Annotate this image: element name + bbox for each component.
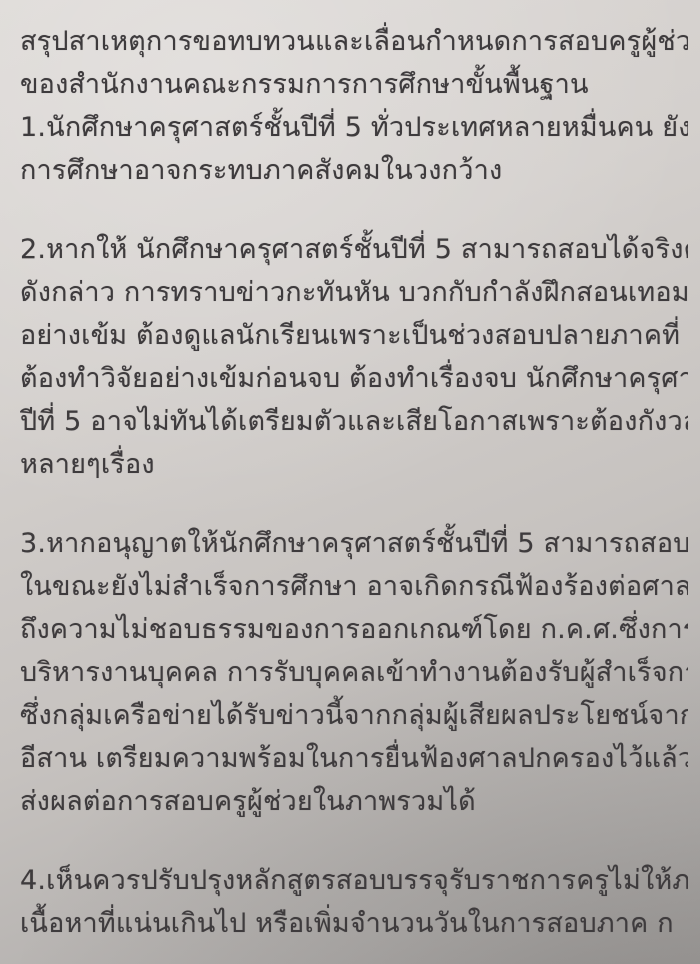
item-4-line-1: 4.เห็นควรปรับปรุงหลักสูตรสอบบรรจุรับราชก… bbox=[20, 859, 688, 902]
item-2-line-5: ปีที่ 5 อาจไม่ทันได้เตรียมตัวและเสียโอกา… bbox=[20, 400, 688, 443]
item-1-line-2: การศึกษาอาจกระทบภาคสังคมในวงกว้าง bbox=[20, 149, 688, 192]
item-3: 3.หากอนุญาตให้นักศึกษาครุศาสตร์ชั้นปีที่… bbox=[20, 522, 688, 823]
item-4: 4.เห็นควรปรับปรุงหลักสูตรสอบบรรจุรับราชก… bbox=[20, 859, 688, 945]
item-3-line-3: ถึงความไม่ชอบธรรมของการออกเกณฑ์โดย ก.ค.ศ… bbox=[20, 608, 688, 651]
document-header: สรุปสาเหตุการขอทบทวนและเลื่อนกำหนดการสอบ… bbox=[20, 20, 688, 106]
item-3-line-6: อีสาน เตรียมความพร้อมในการยื่นฟ้องศาลปกค… bbox=[20, 737, 688, 780]
header-line-2: ของสำนักงานคณะกรรมการการศึกษาขั้นพื้นฐาน bbox=[20, 63, 688, 106]
item-2-line-3: อย่างเข้ม ต้องดูแลนักเรียนเพราะเป็นช่วงส… bbox=[20, 314, 688, 357]
item-3-line-5: ซึ่งกลุ่มเครือข่ายได้รับข่าวนี้จากกลุ่มผ… bbox=[20, 694, 688, 737]
item-1-line-1: 1.นักศึกษาครุศาสตร์ชั้นปีที่ 5 ทั่วประเท… bbox=[20, 106, 688, 149]
item-2-line-1: 2.หากให้ นักศึกษาครุศาสตร์ชั้นปีที่ 5 สา… bbox=[20, 228, 688, 271]
item-1: 1.นักศึกษาครุศาสตร์ชั้นปีที่ 5 ทั่วประเท… bbox=[20, 106, 688, 192]
item-3-line-7: ส่งผลต่อการสอบครูผู้ช่วยในภาพรวมได้ bbox=[20, 780, 688, 823]
item-2-line-4: ต้องทำวิจัยอย่างเข้มก่อนจบ ต้องทำเรื่องจ… bbox=[20, 357, 688, 400]
item-3-line-2: ในขณะยังไม่สำเร็จการศึกษา อาจเกิดกรณีฟ้อ… bbox=[20, 565, 688, 608]
item-2-line-6: หลายๆเรื่อง bbox=[20, 443, 688, 486]
item-4-line-2: เนื้อหาที่แน่นเกินไป หรือเพิ่มจำนวนวันใน… bbox=[20, 902, 688, 945]
item-2-line-2: ดังกล่าว การทราบข่าวกะทันหัน บวกกับกำลัง… bbox=[20, 271, 688, 314]
document-text: สรุปสาเหตุการขอทบทวนและเลื่อนกำหนดการสอบ… bbox=[20, 20, 688, 945]
item-2: 2.หากให้ นักศึกษาครุศาสตร์ชั้นปีที่ 5 สา… bbox=[20, 228, 688, 486]
item-3-line-1: 3.หากอนุญาตให้นักศึกษาครุศาสตร์ชั้นปีที่… bbox=[20, 522, 688, 565]
header-line-1: สรุปสาเหตุการขอทบทวนและเลื่อนกำหนดการสอบ… bbox=[20, 20, 688, 63]
document-photo: สรุปสาเหตุการขอทบทวนและเลื่อนกำหนดการสอบ… bbox=[0, 0, 700, 964]
item-3-line-4: บริหารงานบุคคล การรับบุคคลเข้าทำงานต้องร… bbox=[20, 651, 688, 694]
